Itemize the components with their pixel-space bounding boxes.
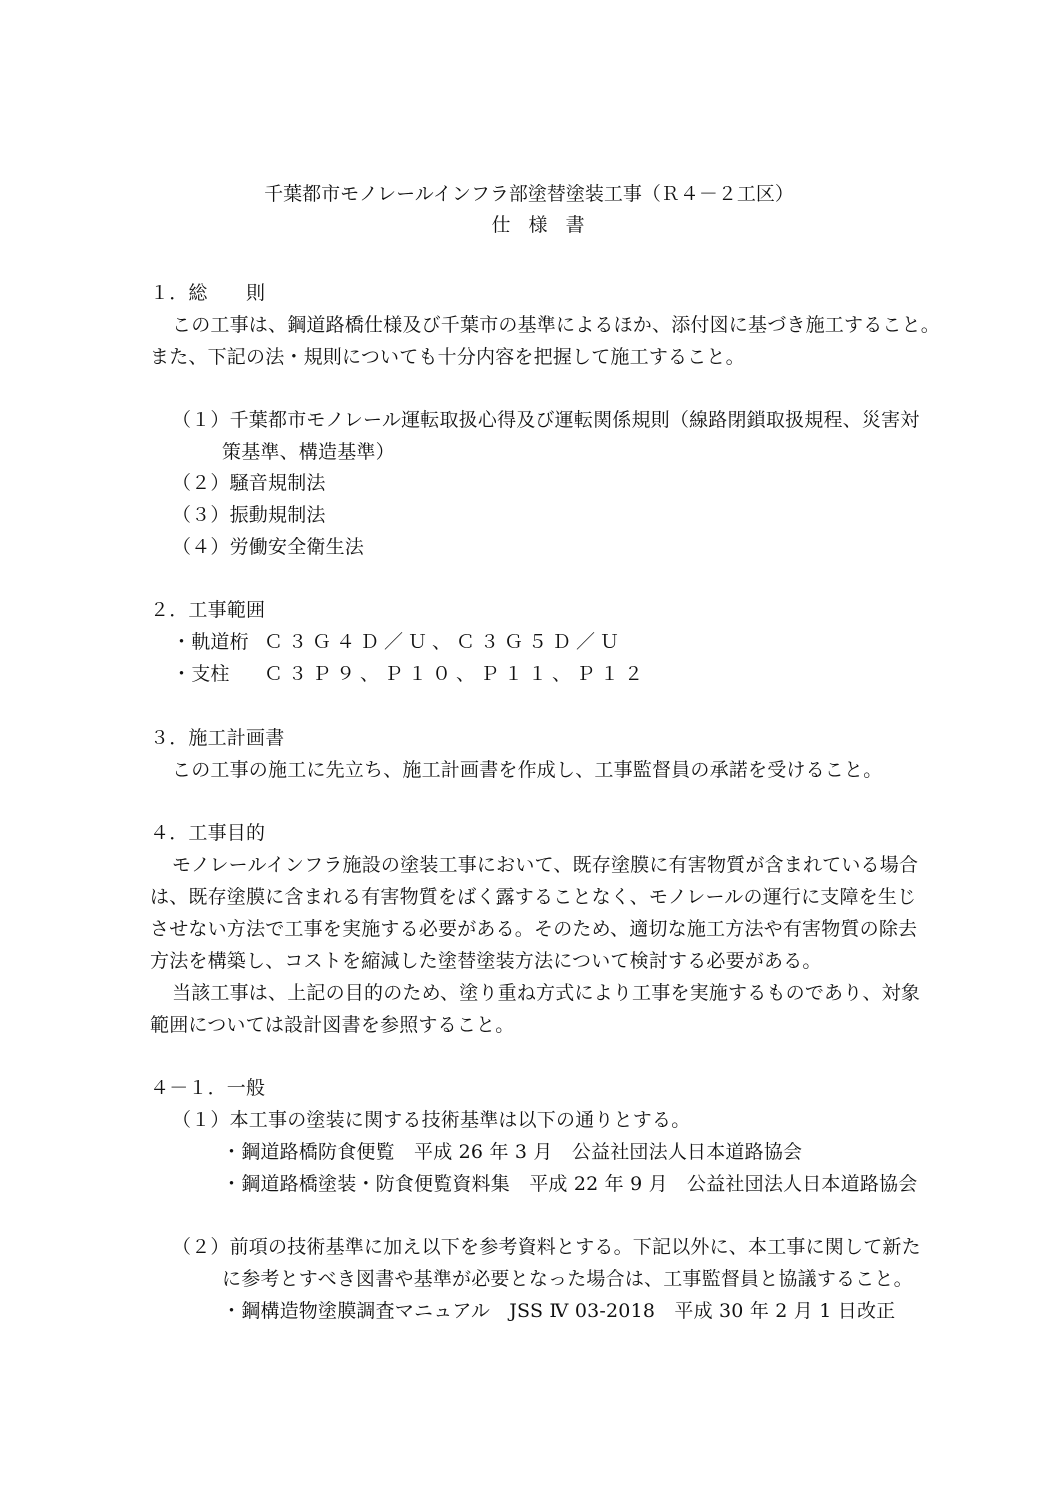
section-2-heading: ２．工事範囲	[150, 598, 265, 622]
document-subtitle: 仕様書	[0, 213, 1058, 237]
standard-item-2: （２）前項の技術基準に加え以下を参考資料とする。下記以外に、本工事に関して新た	[172, 1235, 921, 1259]
standard-reference-1: ・鋼道路橋防食便覧 平成 26 年 3 月 公益社団法人日本道路協会	[222, 1140, 802, 1164]
section-1-paragraph-2: また、下記の法・規則についても十分内容を把握して施工すること。	[150, 345, 745, 369]
purpose-line-4: 方法を構築し、コストを縮減した塗替塗装方法について検討する必要がある。	[150, 949, 822, 973]
law-item-4: （４）労働安全衛生法	[172, 535, 364, 559]
purpose-line-3: させない方法で工事を実施する必要がある。そのため、適切な施工方法や有害物質の除去	[150, 917, 917, 941]
section-1-paragraph-1: この工事は、鋼道路橋仕様及び千葉市の基準によるほか、添付図に基づき施工すること。	[172, 313, 940, 337]
law-item-1-continuation: 策基準、構造基準）	[222, 440, 395, 464]
section-3-heading: ３．施工計画書	[150, 726, 284, 750]
standard-reference-2: ・鋼道路橋塗装・防食便覧資料集 平成 22 年 9 月 公益社団法人日本道路協会	[222, 1172, 917, 1196]
scope-item-1-value: Ｃ３Ｇ４Ｄ／Ｕ、Ｃ３Ｇ５Ｄ／Ｕ	[264, 630, 624, 654]
reference-document-1: ・鋼構造物塗膜調査マニュアル JSS Ⅳ 03-2018 平成 30 年 2 月…	[222, 1299, 895, 1323]
document-page: 千葉都市モノレールインフラ部塗替塗装工事（Ｒ４－２工区） 仕様書 １．総 則 こ…	[0, 0, 1058, 1497]
standard-item-1: （１）本工事の塗装に関する技術基準は以下の通りとする。	[172, 1108, 690, 1132]
law-item-1: （１）千葉都市モノレール運転取扱心得及び運転関係規則（線路閉鎖取扱規程、災害対	[172, 408, 919, 432]
document-title: 千葉都市モノレールインフラ部塗替塗装工事（Ｒ４－２工区）	[0, 182, 1058, 206]
section-1-heading: １．総 則	[150, 281, 265, 305]
scope-item-2-label: ・支柱	[172, 662, 230, 686]
section-3-paragraph: この工事の施工に先立ち、施工計画書を作成し、工事監督員の承諾を受けること。	[172, 758, 882, 782]
purpose-line-1: モノレールインフラ施設の塗装工事において、既存塗膜に有害物質が含まれている場合	[172, 853, 918, 877]
purpose-line-5: 当該工事は、上記の目的のため、塗り重ね方式により工事を実施するものであり、対象	[172, 981, 920, 1005]
scope-item-2-value: Ｃ３Ｐ９、Ｐ１０、Ｐ１１、Ｐ１２	[264, 662, 648, 686]
section-4-1-heading: ４－１．一般	[150, 1076, 265, 1100]
law-item-3: （３）振動規制法	[172, 503, 326, 527]
standard-item-2-continuation: に参考とすべき図書や基準が必要となった場合は、工事監督員と協議すること。	[222, 1267, 913, 1291]
purpose-line-2: は、既存塗膜に含まれる有害物質をばく露することなく、モノレールの運行に支障を生じ	[150, 885, 916, 909]
section-4-heading: ４．工事目的	[150, 821, 265, 845]
purpose-line-6: 範囲については設計図書を参照すること。	[150, 1013, 514, 1037]
law-item-2: （２）騒音規制法	[172, 471, 326, 495]
scope-item-1-label: ・軌道桁	[172, 630, 249, 654]
